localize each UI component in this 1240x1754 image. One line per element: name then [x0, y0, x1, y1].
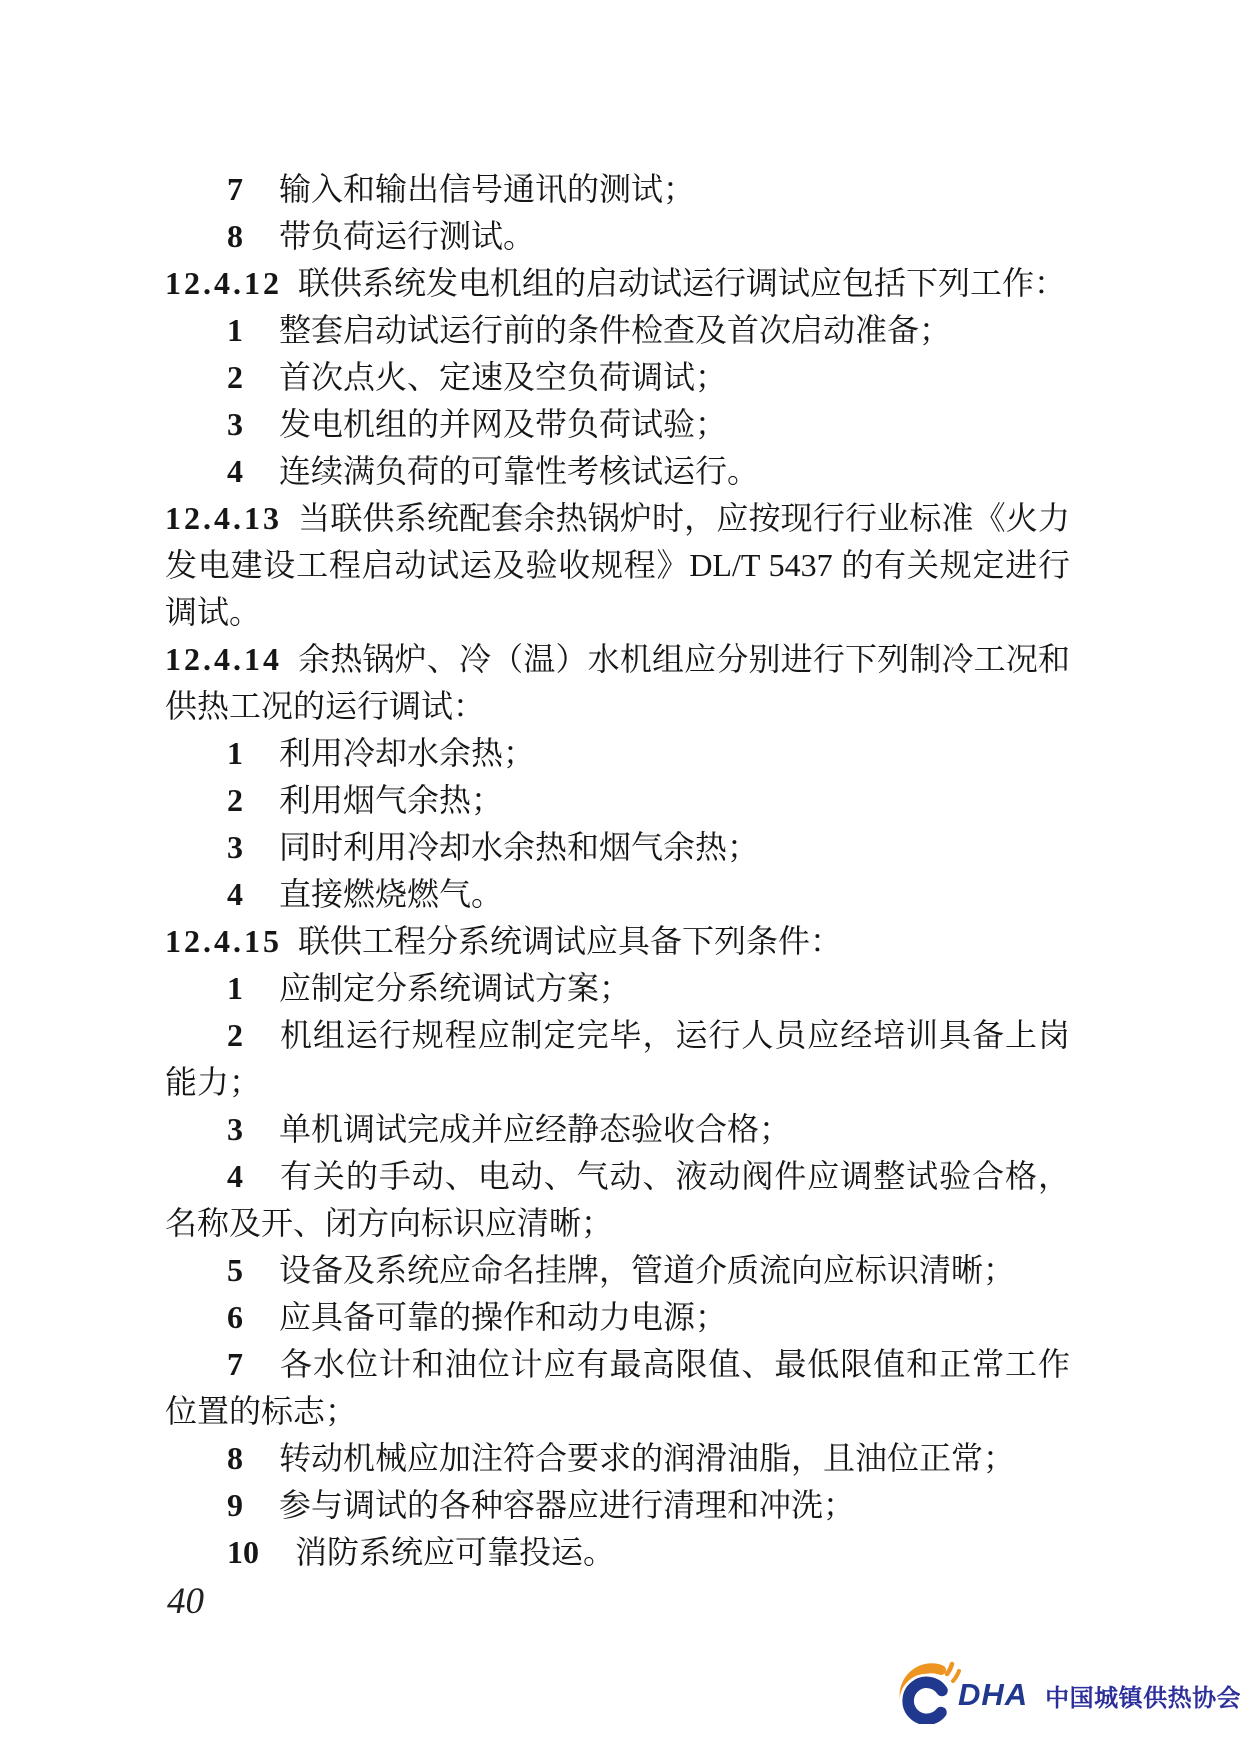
page-number: 40	[167, 1580, 204, 1623]
clause-text: 当联供系统配套余热锅炉时，应按现行行业标准《火力发电建设工程启动试运及验收规程》…	[165, 500, 1070, 630]
item-number: 4	[227, 876, 243, 912]
clause-paragraph: 12.4.14余热锅炉、冷（温）水机组应分别进行下列制冷工况和供热工况的运行调试…	[165, 636, 1070, 730]
item-text: 利用烟气余热；	[279, 782, 503, 818]
list-item: 1应制定分系统调试方案；	[165, 965, 1070, 1012]
item-text: 应具备可靠的操作和动力电源；	[279, 1299, 727, 1335]
logo-org-name: 中国城镇供热协会	[1045, 1678, 1240, 1713]
clause-text: 联供系统发电机组的启动试运行调试应包括下列工作：	[298, 265, 1066, 301]
list-item: 3发电机组的并网及带负荷试验；	[165, 401, 1070, 448]
item-number: 4	[227, 453, 243, 489]
item-number: 10	[227, 1534, 259, 1570]
item-number: 3	[227, 1111, 243, 1147]
list-item: 2利用烟气余热；	[165, 777, 1070, 824]
list-item: 7输入和输出信号通讯的测试；	[165, 166, 1070, 213]
list-item: 4有关的手动、电动、气动、液动阀件应调整试验合格，名称及开、闭方向标识应清晰；	[165, 1153, 1070, 1247]
item-number: 1	[227, 970, 243, 1006]
item-number: 7	[227, 171, 243, 207]
item-number: 4	[227, 1158, 243, 1194]
item-text: 转动机械应加注符合要求的润滑油脂，且油位正常；	[279, 1440, 1015, 1476]
clause-paragraph: 12.4.15联供工程分系统调试应具备下列条件：	[165, 918, 1070, 965]
item-number: 8	[227, 218, 243, 254]
cdha-logo-icon	[898, 1660, 962, 1724]
item-text: 直接燃烧燃气。	[279, 876, 503, 912]
logo-abbr-text: DHA	[958, 1677, 1028, 1713]
list-item: 1整套启动试运行前的条件检查及首次启动准备；	[165, 307, 1070, 354]
item-text: 连续满负荷的可靠性考核试运行。	[279, 453, 759, 489]
association-logo: DHA 中国城镇供热协会	[898, 1660, 1240, 1724]
list-item: 7各水位计和油位计应有最高限值、最低限值和正常工作位置的标志；	[165, 1341, 1070, 1435]
clause-text: 联供工程分系统调试应具备下列条件：	[298, 923, 842, 959]
item-text: 消防系统应可靠投运。	[295, 1534, 615, 1570]
document-page: 7输入和输出信号通讯的测试；8带负荷运行测试。12.4.12联供系统发电机组的启…	[0, 0, 1240, 1754]
item-text: 带负荷运行测试。	[279, 218, 535, 254]
item-text: 输入和输出信号通讯的测试；	[279, 171, 695, 207]
item-text: 整套启动试运行前的条件检查及首次启动准备；	[279, 312, 951, 348]
item-number: 3	[227, 406, 243, 442]
item-text: 发电机组的并网及带负荷试验；	[279, 406, 727, 442]
item-text: 有关的手动、电动、气动、液动阀件应调整试验合格，名称及开、闭方向标识应清晰；	[165, 1158, 1070, 1241]
item-text: 同时利用冷却水余热和烟气余热；	[279, 829, 759, 865]
clause-number: 12.4.14	[165, 641, 282, 677]
item-number: 1	[227, 312, 243, 348]
item-number: 7	[227, 1346, 243, 1382]
clause-number: 12.4.13	[165, 500, 282, 536]
list-item: 2机组运行规程应制定完毕，运行人员应经培训具备上岗能力；	[165, 1012, 1070, 1106]
item-text: 机组运行规程应制定完毕，运行人员应经培训具备上岗能力；	[165, 1017, 1070, 1100]
list-item: 4直接燃烧燃气。	[165, 871, 1070, 918]
item-number: 2	[227, 1017, 243, 1053]
item-number: 8	[227, 1440, 243, 1476]
list-item: 9参与调试的各种容器应进行清理和冲洗；	[165, 1482, 1070, 1529]
list-item: 3同时利用冷却水余热和烟气余热；	[165, 824, 1070, 871]
clause-text: 余热锅炉、冷（温）水机组应分别进行下列制冷工况和供热工况的运行调试：	[165, 641, 1070, 724]
clause-paragraph: 12.4.13当联供系统配套余热锅炉时，应按现行行业标准《火力发电建设工程启动试…	[165, 495, 1070, 636]
list-item: 10消防系统应可靠投运。	[165, 1529, 1070, 1576]
list-item: 1利用冷却水余热；	[165, 730, 1070, 777]
clause-paragraph: 12.4.12联供系统发电机组的启动试运行调试应包括下列工作：	[165, 260, 1070, 307]
item-text: 参与调试的各种容器应进行清理和冲洗；	[279, 1487, 855, 1523]
item-text: 应制定分系统调试方案；	[279, 970, 631, 1006]
item-text: 各水位计和油位计应有最高限值、最低限值和正常工作位置的标志；	[165, 1346, 1070, 1429]
clause-number: 12.4.12	[165, 265, 282, 301]
item-number: 6	[227, 1299, 243, 1335]
list-item: 4连续满负荷的可靠性考核试运行。	[165, 448, 1070, 495]
item-number: 5	[227, 1252, 243, 1288]
list-item: 3单机调试完成并应经静态验收合格；	[165, 1106, 1070, 1153]
list-item: 5设备及系统应命名挂牌，管道介质流向应标识清晰；	[165, 1247, 1070, 1294]
logo-c-mark-icon	[908, 1682, 942, 1719]
item-number: 1	[227, 735, 243, 771]
item-number: 2	[227, 782, 243, 818]
item-text: 设备及系统应命名挂牌，管道介质流向应标识清晰；	[279, 1252, 1015, 1288]
item-number: 9	[227, 1487, 243, 1523]
logo-wave-icon	[947, 1664, 952, 1674]
item-text: 利用冷却水余热；	[279, 735, 535, 771]
list-item: 8转动机械应加注符合要求的润滑油脂，且油位正常；	[165, 1435, 1070, 1482]
item-text: 首次点火、定速及空负荷调试；	[279, 359, 727, 395]
list-item: 2首次点火、定速及空负荷调试；	[165, 354, 1070, 401]
list-item: 6应具备可靠的操作和动力电源；	[165, 1294, 1070, 1341]
list-item: 8带负荷运行测试。	[165, 213, 1070, 260]
clause-number: 12.4.15	[165, 923, 282, 959]
item-number: 2	[227, 359, 243, 395]
item-text: 单机调试完成并应经静态验收合格；	[279, 1111, 791, 1147]
document-body: 7输入和输出信号通讯的测试；8带负荷运行测试。12.4.12联供系统发电机组的启…	[165, 166, 1070, 1576]
item-number: 3	[227, 829, 243, 865]
